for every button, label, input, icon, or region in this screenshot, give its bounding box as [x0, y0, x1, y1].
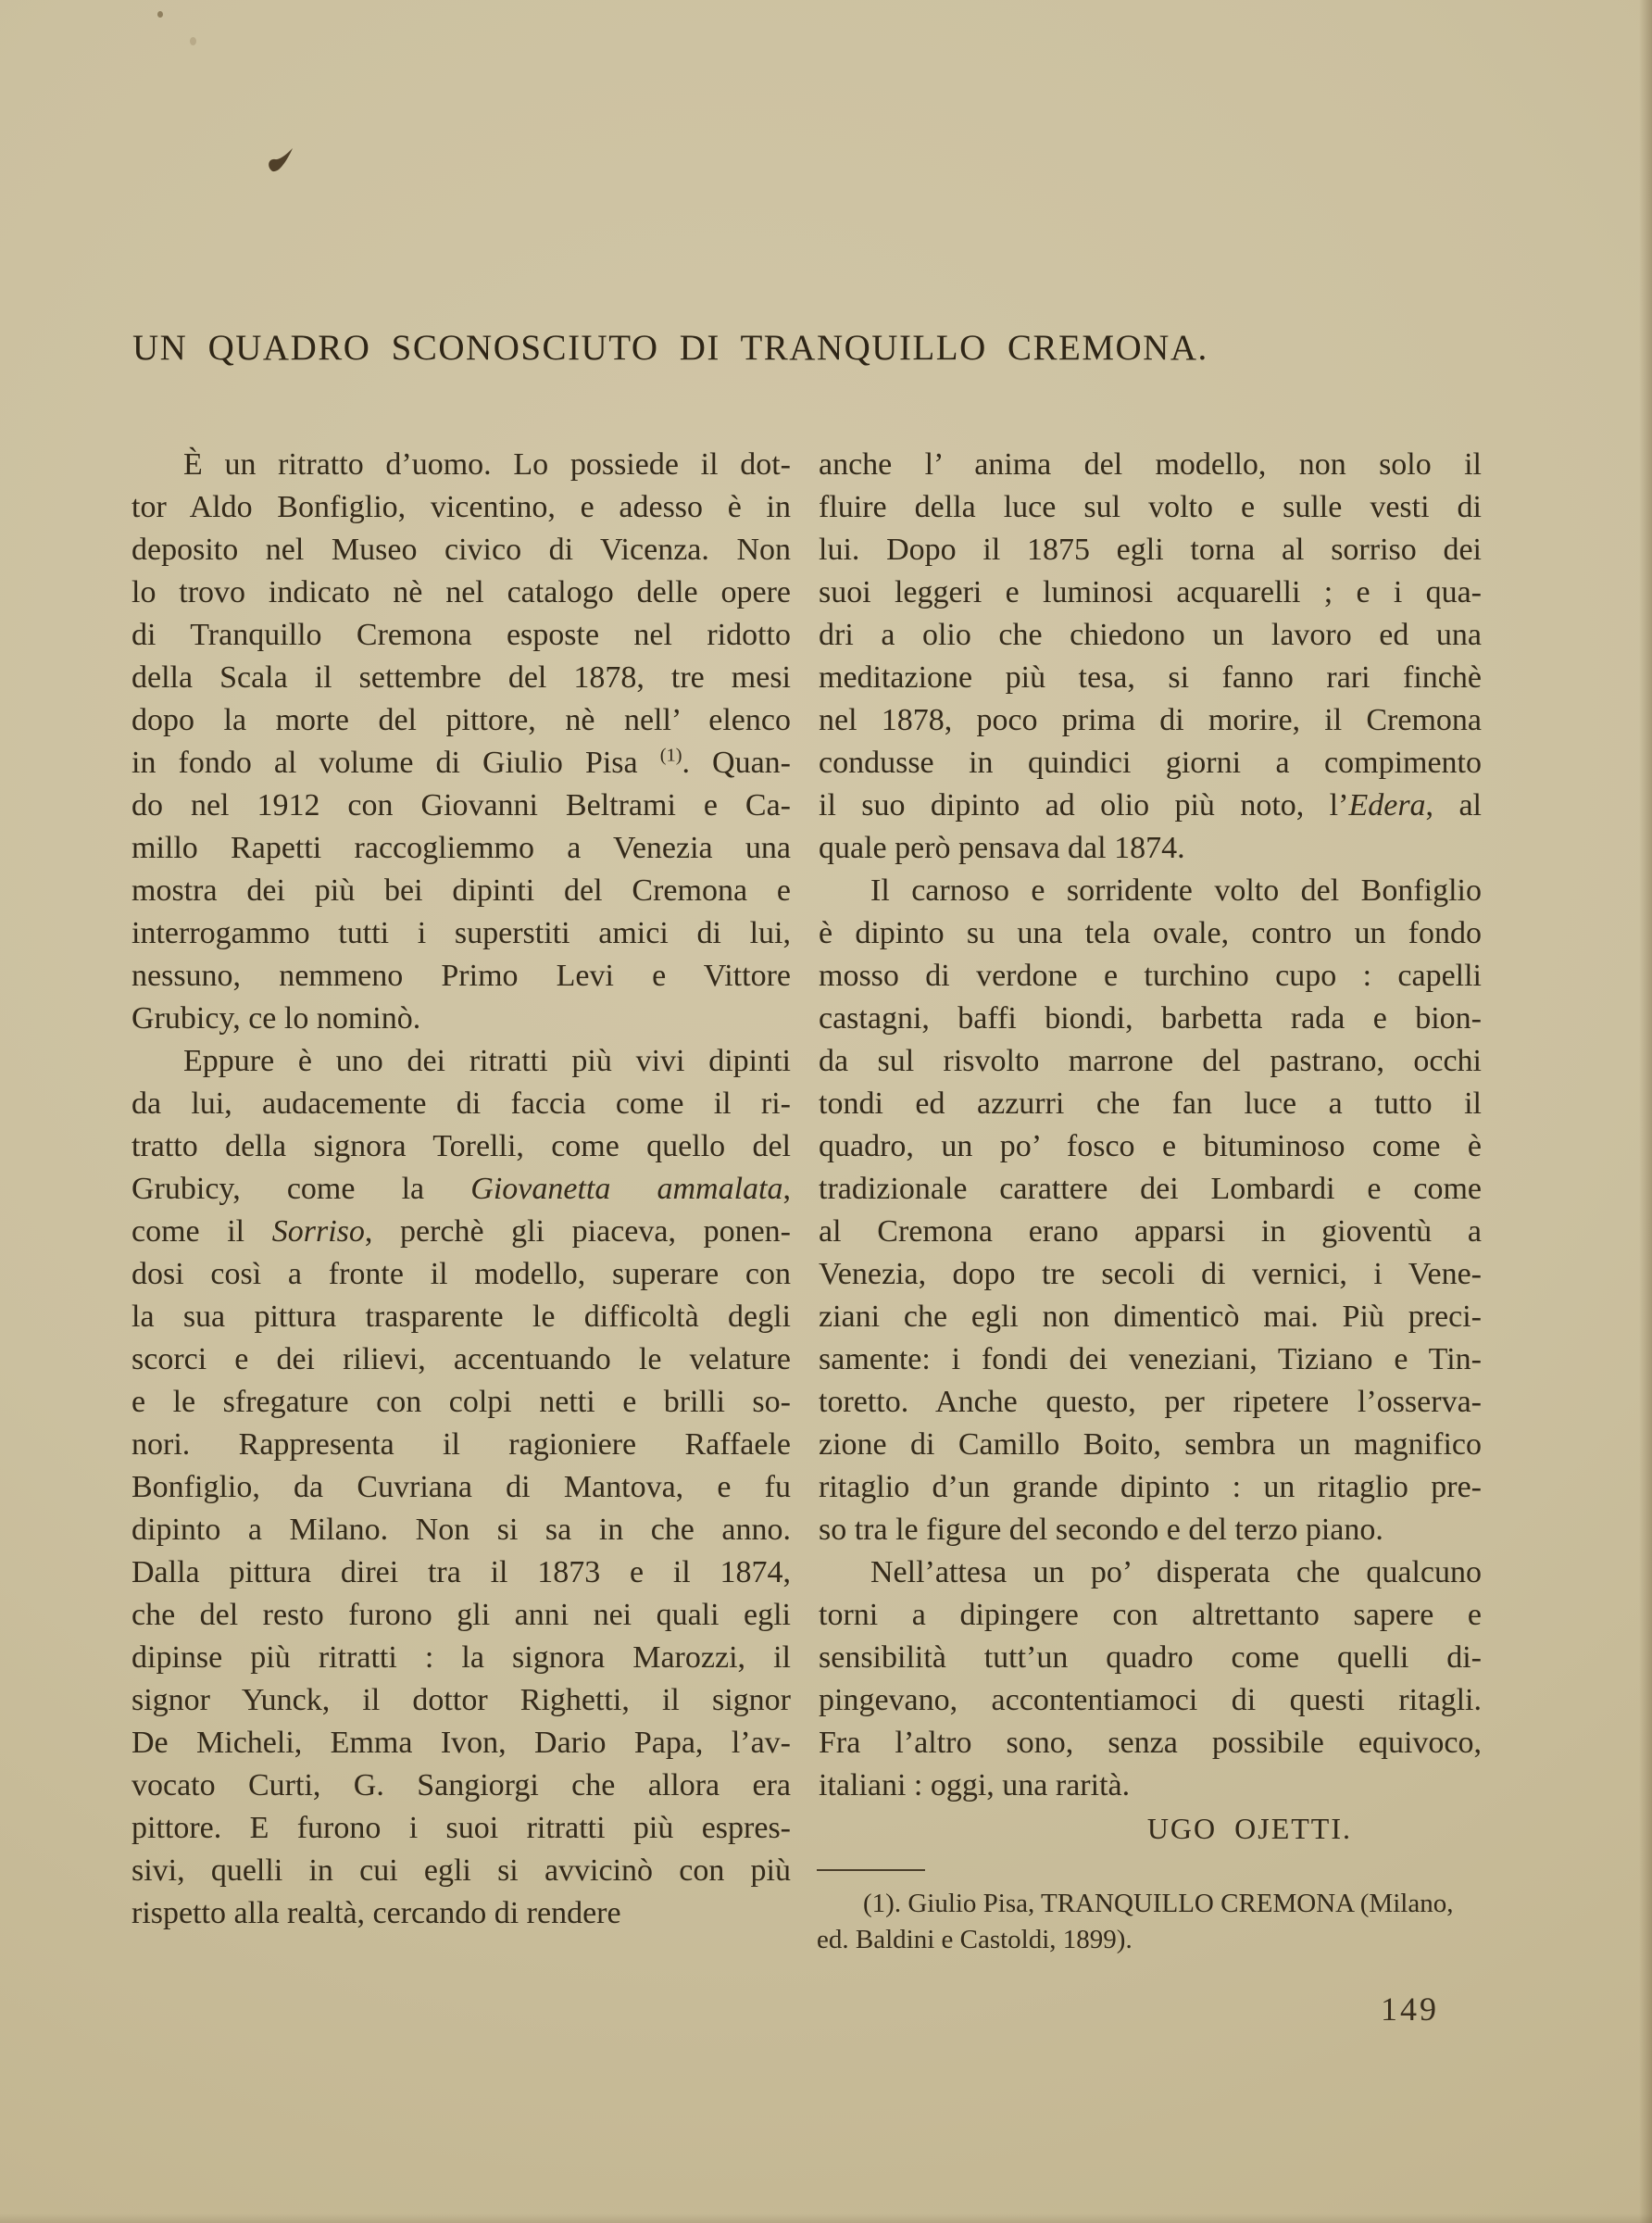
text-line: toretto. Anche questo, per ripetere l’os…	[819, 1381, 1482, 1424]
paper-speck	[157, 11, 163, 18]
text-line: nori. Rappresenta il ragioniere Raffaele	[131, 1424, 791, 1466]
scan-edge-shadow	[1639, 0, 1652, 2223]
text-line: samente: i fondi dei veneziani, Tiziano …	[819, 1338, 1482, 1381]
text-line: tor Aldo Bonfiglio, vicentino, e adesso …	[131, 486, 791, 529]
text-line: ziani che egli non dimenticò mai. Più pr…	[819, 1296, 1482, 1338]
text-line: rispetto alla realtà, cercando di render…	[131, 1892, 791, 1935]
text-line: ritaglio d’un grande dipinto : un ritagl…	[819, 1466, 1482, 1509]
text-line: tradizionale carattere dei Lombardi e co…	[819, 1168, 1482, 1211]
text-line: so tra le figure del secondo e del terzo…	[819, 1509, 1482, 1551]
page-number: 149	[1381, 1990, 1439, 2028]
text-line: sensibilità tutt’un quadro come quelli d…	[819, 1637, 1482, 1679]
text-line: della Scala il settembre del 1878, tre m…	[131, 657, 791, 699]
text-line: lo trovo indicato nè nel catalogo delle …	[131, 571, 791, 614]
text-line: torni a dipingere con altrettanto sapere…	[819, 1594, 1482, 1637]
text-line: vocato Curti, G. Sangiorgi che allora er…	[131, 1765, 791, 1807]
text-line: tratto della signora Torelli, come quell…	[131, 1125, 791, 1168]
text-line: Grubicy, come la Giovanetta ammalata,	[131, 1168, 791, 1211]
article-title: UN QUADRO SCONOSCIUTO DI TRANQUILLO CREM…	[132, 328, 1429, 369]
author-signature: UGO OJETTI.	[819, 1812, 1482, 1846]
text-line: lui. Dopo il 1875 egli torna al sorriso …	[819, 529, 1482, 571]
text-line: Il carnoso e sorridente volto del Bonfig…	[819, 870, 1482, 912]
scan-edge-shadow	[0, 2214, 1652, 2223]
text-line: Grubicy, ce lo nominò.	[131, 998, 791, 1040]
text-line: dri a olio che chiedono un lavoro ed una	[819, 614, 1482, 657]
text-line: anche l’ anima del modello, non solo il	[819, 444, 1482, 486]
text-line: da sul risvolto marrone del pastrano, oc…	[819, 1040, 1482, 1083]
text-line: dipinse più ritratti : la signora Marozz…	[131, 1637, 791, 1679]
text-line: e le sfregature con colpi netti e brilli…	[131, 1381, 791, 1424]
text-line: È un ritratto d’uomo. Lo possiede il dot…	[131, 444, 791, 486]
text-line: è dipinto su una tela ovale, contro un f…	[819, 912, 1482, 955]
text-line: Nell’attesa un po’ disperata che qualcun…	[819, 1551, 1482, 1594]
text-line: il suo dipinto ad olio più noto, l’Edera…	[819, 785, 1482, 827]
text-line: che del resto furono gli anni nei quali …	[131, 1594, 791, 1637]
text-line: dopo la morte del pittore, nè nell’ elen…	[131, 699, 791, 742]
text-line: suoi leggeri e luminosi acquarelli ; e i…	[819, 571, 1482, 614]
text-line: do nel 1912 con Giovanni Beltrami e Ca-	[131, 785, 791, 827]
text-line: fluire della luce sul volto e sulle vest…	[819, 486, 1482, 529]
text-line: Eppure è uno dei ritratti più vivi dipin…	[131, 1040, 791, 1083]
text-line: Dalla pittura direi tra il 1873 e il 187…	[131, 1551, 791, 1594]
text-line: interrogammo tutti i superstiti amici di…	[131, 912, 791, 955]
footnote-line: (1). Giulio Pisa, TRANQUILLO CREMONA (Mi…	[817, 1886, 1480, 1922]
text-line: italiani : oggi, una rarità.	[819, 1765, 1482, 1807]
footnote-line: ed. Baldini e Castoldi, 1899).	[817, 1922, 1480, 1958]
text-line: nel 1878, poco prima di morire, il Cremo…	[819, 699, 1482, 742]
text-line: pittore. E furono i suoi ritratti più es…	[131, 1807, 791, 1850]
column-left: È un ritratto d’uomo. Lo possiede il dot…	[131, 444, 791, 1935]
text-line: condusse in quindici giorni a compimento	[819, 742, 1482, 785]
text-line: De Micheli, Emma Ivon, Dario Papa, l’av-	[131, 1722, 791, 1765]
text-line: in fondo al volume di Giulio Pisa (1). Q…	[131, 742, 791, 785]
text-line: da lui, audacemente di faccia come il ri…	[131, 1083, 791, 1125]
text-line: la sua pittura trasparente le difficoltà…	[131, 1296, 791, 1338]
text-line: nessuno, nemmeno Primo Levi e Vittore	[131, 955, 791, 998]
text-line: sivi, quelli in cui egli si avvicinò con…	[131, 1850, 791, 1892]
text-line: dipinto a Milano. Non si sa in che anno.	[131, 1509, 791, 1551]
text-line: deposito nel Museo civico di Vicenza. No…	[131, 529, 791, 571]
text-line: meditazione più tesa, si fanno rari finc…	[819, 657, 1482, 699]
text-line: tondi ed azzurri che fan luce a tutto il	[819, 1083, 1482, 1125]
text-line: dosi così a fronte il modello, superare …	[131, 1253, 791, 1296]
text-line: pingevano, accontentiamoci di questi rit…	[819, 1679, 1482, 1722]
footnote: (1). Giulio Pisa, TRANQUILLO CREMONA (Mi…	[817, 1886, 1480, 1958]
footnote-rule	[817, 1869, 925, 1871]
text-line: come il Sorriso, perchè gli piaceva, pon…	[131, 1211, 791, 1253]
text-line: di Tranquillo Cremona esposte nel ridott…	[131, 614, 791, 657]
text-line: Bonfiglio, da Cuvriana di Mantova, e fu	[131, 1466, 791, 1509]
page-sheet: UN QUADRO SCONOSCIUTO DI TRANQUILLO CREM…	[0, 0, 1652, 2223]
text-line: mosso di verdone e turchino cupo : capel…	[819, 955, 1482, 998]
text-line: quadro, un po’ fosco e bituminoso come è	[819, 1125, 1482, 1168]
text-line: scorci e dei rilievi, accentuando le vel…	[131, 1338, 791, 1381]
text-line: Fra l’altro sono, senza possibile equivo…	[819, 1722, 1482, 1765]
paper-speck	[190, 37, 196, 45]
text-line: al Cremona erano apparsi in gioventù a	[819, 1211, 1482, 1253]
text-line: castagni, baffi biondi, barbetta rada e …	[819, 998, 1482, 1040]
text-line: zione di Camillo Boito, sembra un magnif…	[819, 1424, 1482, 1466]
text-line: quale però pensava dal 1874.	[819, 827, 1482, 870]
column-right: anche l’ anima del modello, non solo ilf…	[819, 444, 1482, 1807]
text-line: signor Yunck, il dottor Righetti, il sig…	[131, 1679, 791, 1722]
text-line: mostra dei più bei dipinti del Cremona e	[131, 870, 791, 912]
text-line: Venezia, dopo tre secoli di vernici, i V…	[819, 1253, 1482, 1296]
ink-smudge-mark	[265, 146, 298, 176]
text-line: millo Rapetti raccogliemmo a Venezia una	[131, 827, 791, 870]
